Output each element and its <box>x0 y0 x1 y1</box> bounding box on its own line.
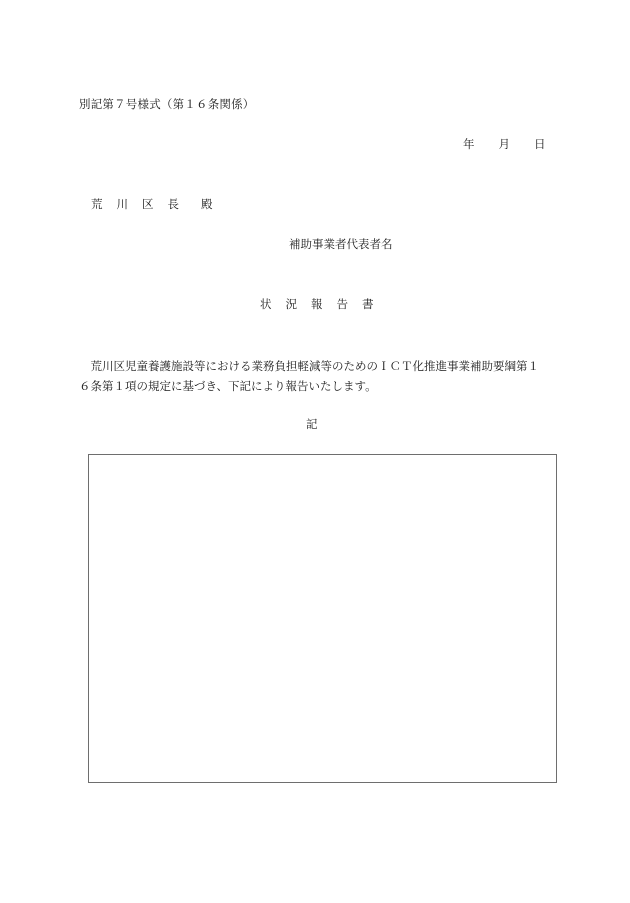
addressee-char: 川 <box>117 196 129 212</box>
addressee-char: 区 <box>142 196 154 212</box>
addressee-char: 長 <box>168 196 180 212</box>
date-line: 年月日 <box>463 136 546 152</box>
day-label: 日 <box>534 136 546 152</box>
year-label: 年 <box>463 136 475 152</box>
title-char: 書 <box>362 296 374 312</box>
body-line: ６条第１項の規定に基づき、下記により報告いたします。 <box>79 376 554 396</box>
honorific: 殿 <box>201 196 213 212</box>
title-char: 告 <box>337 296 349 312</box>
title-char: 況 <box>286 296 298 312</box>
addressee: 荒川区長殿 <box>91 196 227 212</box>
form-number-label: 別記第７号様式（第１６条関係） <box>79 96 255 112</box>
applicant-name-label: 補助事業者代表者名 <box>289 236 393 252</box>
document-title: 状況報告書 <box>260 296 388 312</box>
addressee-char: 荒 <box>91 196 103 212</box>
month-label: 月 <box>499 136 511 152</box>
body-paragraph: 荒川区児童養護施設等における業務負担軽減等のためのＩＣＴ化推進事業補助要綱第１ … <box>79 356 554 396</box>
title-char: 状 <box>260 296 272 312</box>
ki-heading: 記 <box>306 416 318 432</box>
body-line: 荒川区児童養護施設等における業務負担軽減等のためのＩＣＴ化推進事業補助要綱第１ <box>79 356 554 376</box>
title-char: 報 <box>311 296 323 312</box>
report-content-box[interactable] <box>88 454 557 783</box>
